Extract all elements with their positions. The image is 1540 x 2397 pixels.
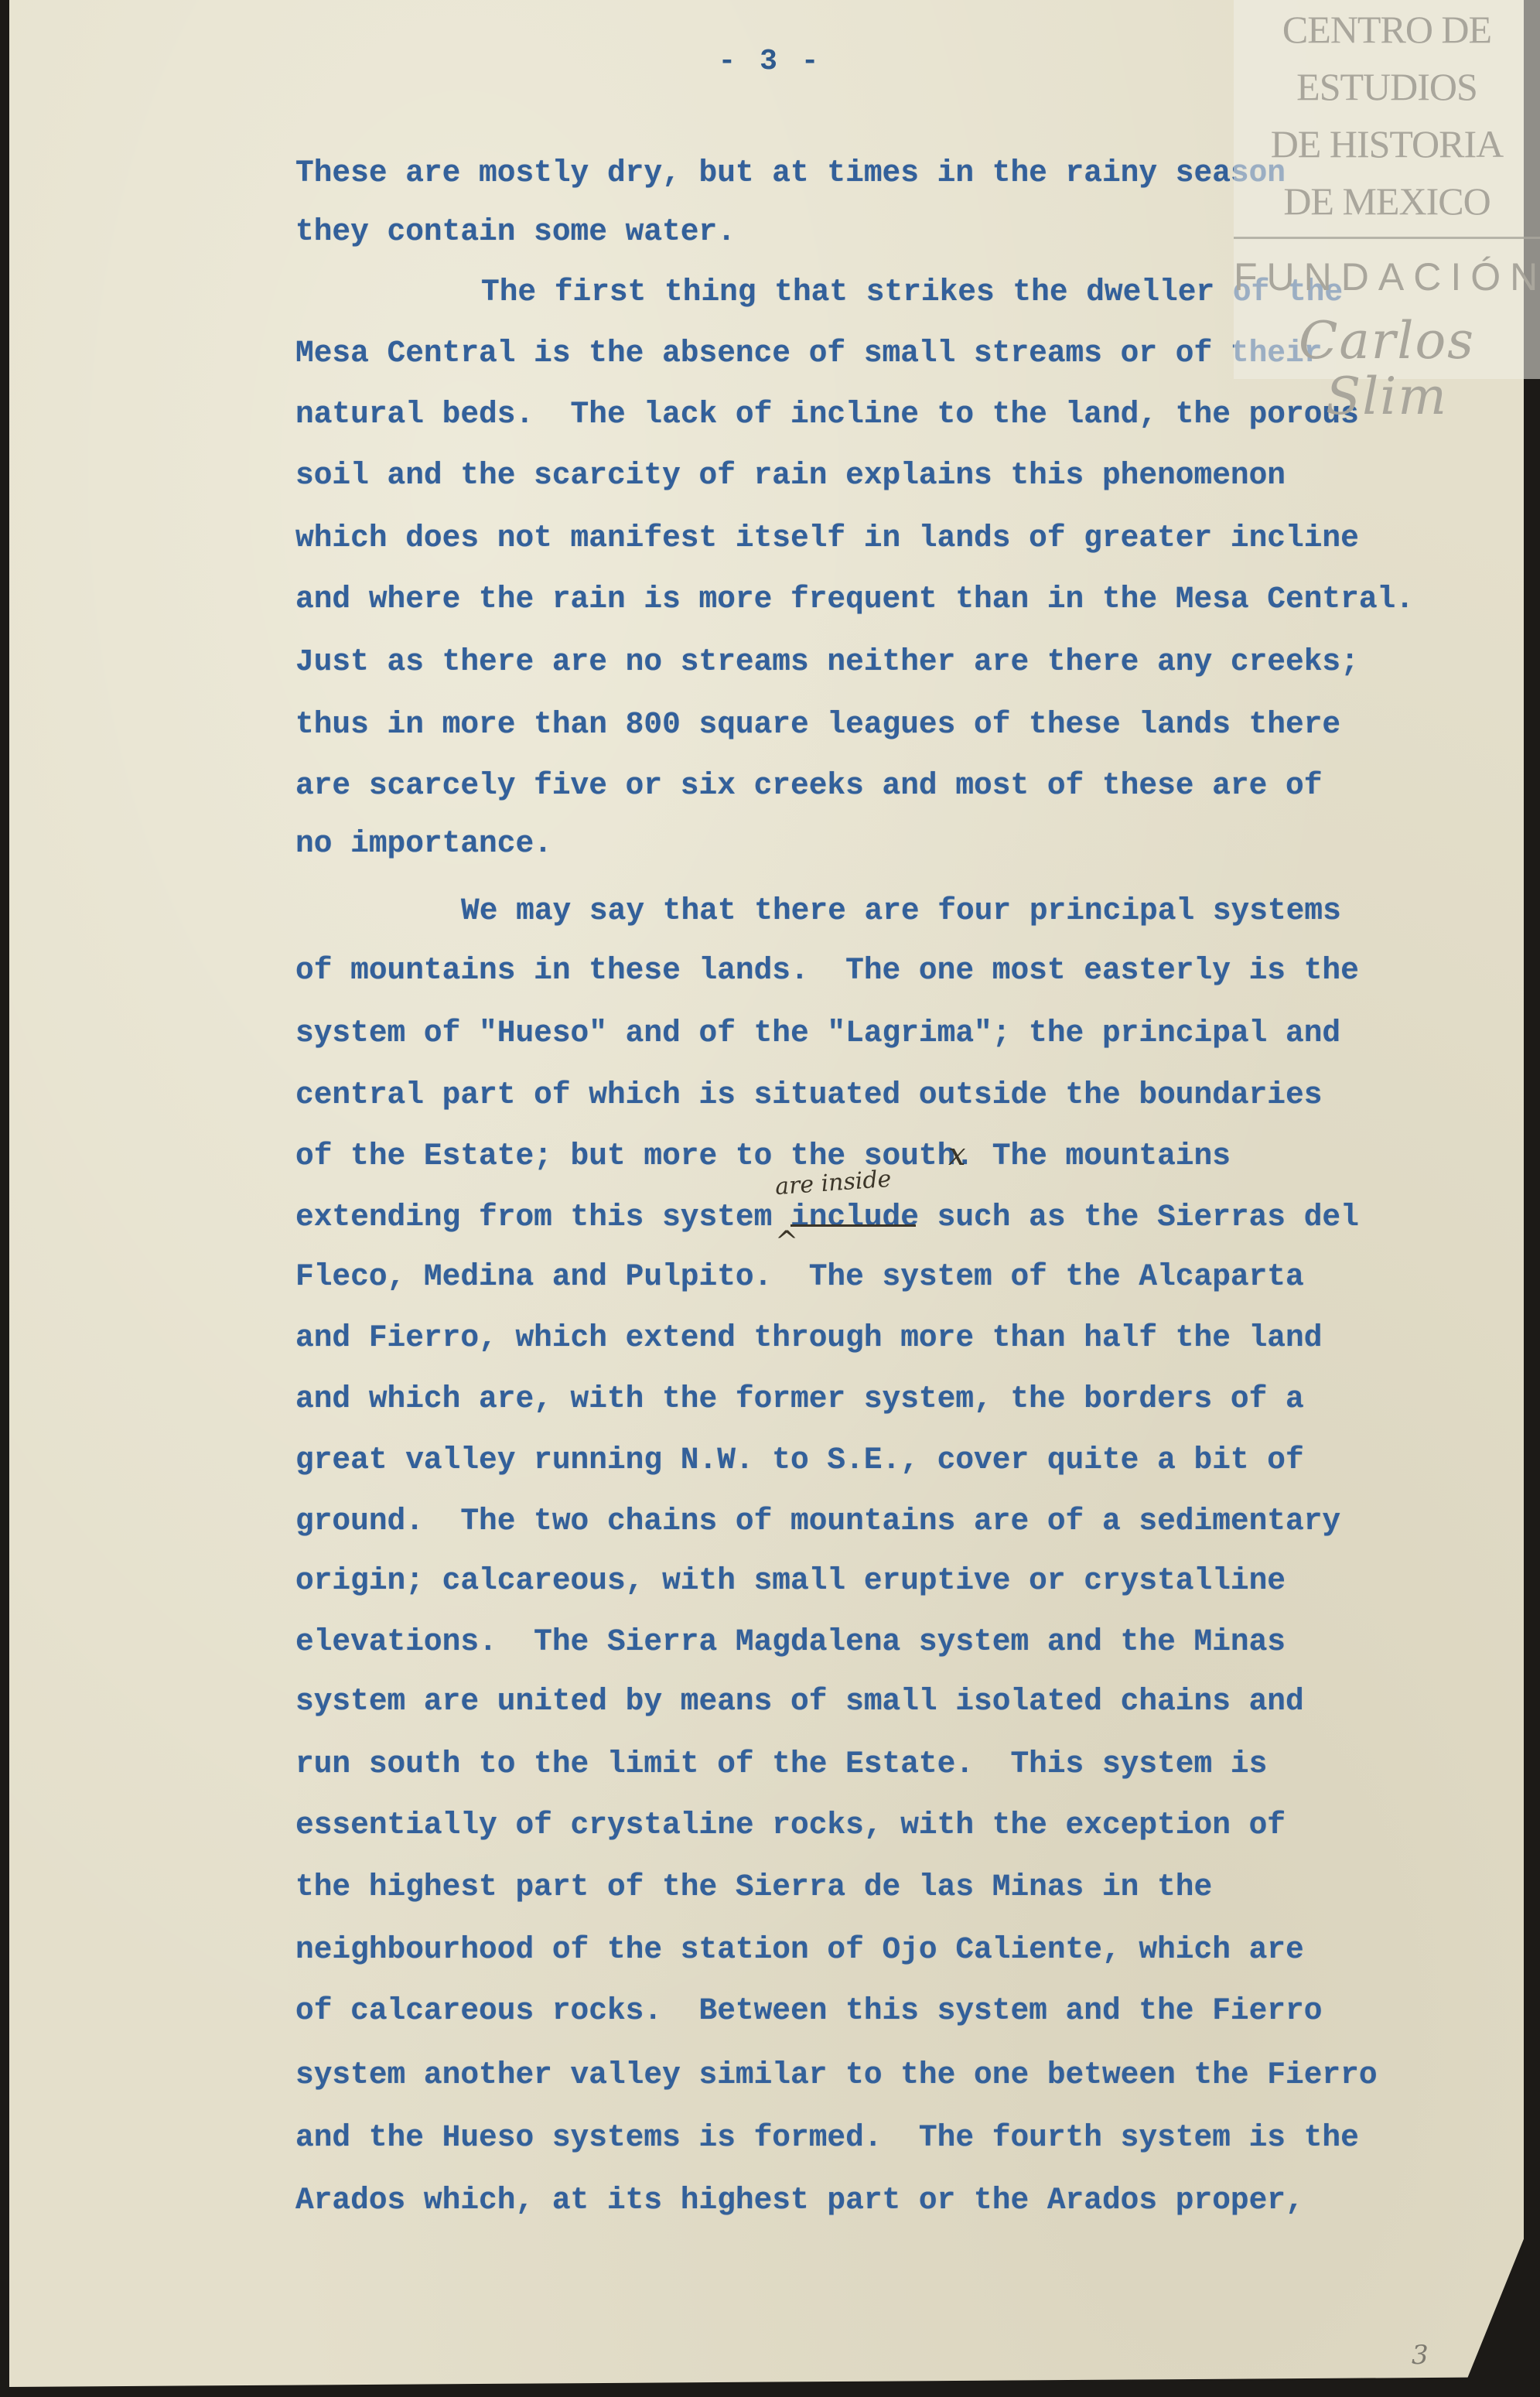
- text-line: and where the rain is more frequent than…: [295, 584, 1414, 615]
- text-line: extending from this system include such …: [295, 1202, 1359, 1233]
- text-line: The first thing that strikes the dweller…: [481, 277, 1343, 308]
- text-line: These are mostly dry, but at times in th…: [295, 158, 1286, 189]
- watermark-line: DE HISTORIA: [1234, 122, 1540, 166]
- watermark-divider: [1234, 237, 1540, 239]
- text-line: thus in more than 800 square leagues of …: [295, 709, 1340, 740]
- text-line: natural beds. The lack of incline to the…: [295, 399, 1359, 430]
- text-line: which does not manifest itself in lands …: [295, 523, 1359, 554]
- strikethrough-mark: [790, 1224, 916, 1227]
- text-line: of calcareous rocks. Between this system…: [295, 1996, 1322, 2027]
- text-line: system are united by means of small isol…: [295, 1686, 1304, 1717]
- text-line: and the Hueso systems is formed. The fou…: [295, 2122, 1359, 2153]
- text-line: central part of which is situated outsid…: [295, 1080, 1322, 1111]
- text-line: great valley running N.W. to S.E., cover…: [295, 1445, 1304, 1476]
- text-line: system another valley similar to the one…: [295, 2060, 1378, 2091]
- text-line: Fleco, Medina and Pulpito. The system of…: [295, 1262, 1304, 1292]
- text-line: of mountains in these lands. The one mos…: [295, 955, 1359, 986]
- text-line: origin; calcareous, with small eruptive …: [295, 1566, 1286, 1596]
- text-line: of the Estate; but more to the south. Th…: [295, 1141, 1231, 1172]
- text-line: and which are, with the former system, t…: [295, 1384, 1304, 1415]
- text-line: run south to the limit of the Estate. Th…: [295, 1749, 1267, 1780]
- text-line: ground. The two chains of mountains are …: [295, 1506, 1340, 1537]
- text-line: and Fierro, which extend through more th…: [295, 1323, 1322, 1354]
- text-line: essentially of crystaline rocks, with th…: [295, 1810, 1286, 1841]
- text-line: the highest part of the Sierra de las Mi…: [295, 1872, 1212, 1903]
- watermark: CENTRO DE ESTUDIOS DE HISTORIA DE MEXICO…: [1234, 0, 1540, 379]
- watermark-line: CENTRO DE: [1234, 8, 1540, 51]
- text-line: Mesa Central is the absence of small str…: [295, 338, 1322, 369]
- text-line: We may say that there are four principal…: [461, 896, 1341, 927]
- text-line: system of "Hueso" and of the "Lagrima"; …: [295, 1018, 1340, 1049]
- text-line: elevations. The Sierra Magdalena system …: [295, 1627, 1286, 1658]
- text-line: soil and the scarcity of rain explains t…: [295, 460, 1286, 491]
- text-line: neighbourhood of the station of Ojo Cali…: [295, 1934, 1304, 1965]
- text-line: no importance.: [295, 828, 552, 859]
- watermark-line: ESTUDIOS: [1234, 65, 1540, 108]
- text-line: Arados which, at its highest part or the…: [295, 2185, 1304, 2216]
- folio-number: 3: [1412, 2340, 1429, 2371]
- watermark-signature: Carlos Slim: [1234, 313, 1540, 425]
- deletion-mark: x: [948, 1137, 966, 1173]
- text-line: Just as there are no streams neither are…: [295, 647, 1359, 678]
- watermark-foundation: FUNDACIÓN: [1234, 255, 1540, 299]
- text-line: they contain some water.: [295, 217, 736, 248]
- caret-mark: ^: [775, 1226, 798, 1258]
- watermark-line: DE MEXICO: [1234, 179, 1540, 223]
- text-line: are scarcely five or six creeks and most…: [295, 770, 1322, 801]
